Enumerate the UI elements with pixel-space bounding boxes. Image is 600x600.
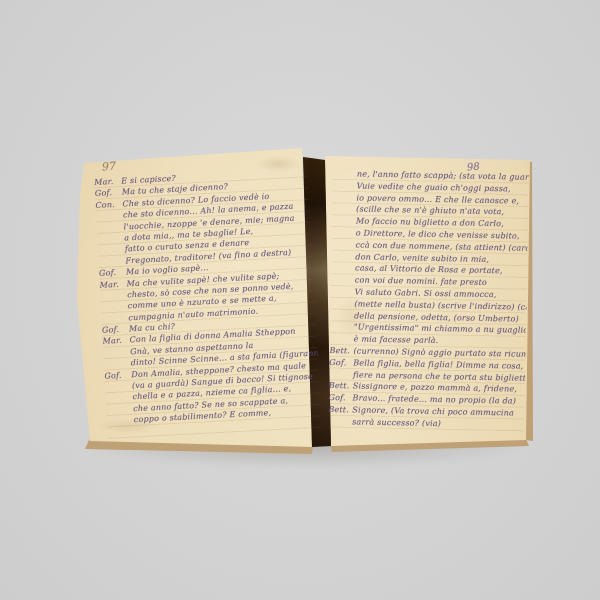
speaker-label <box>331 239 355 251</box>
dialogue-line: sarrà successo? (via) <box>328 416 524 432</box>
speaker-label <box>328 416 352 428</box>
speaker-label <box>331 251 355 263</box>
speaker-label <box>333 168 357 180</box>
photo-background: 97 98 Mar. E si capisce? Gof. Ma tu che … <box>0 0 600 600</box>
speaker-label <box>332 203 356 215</box>
speaker-label <box>333 180 357 192</box>
paper-stain <box>255 156 301 172</box>
page-number-left: 97 <box>102 160 117 174</box>
speaker-label: Gof. <box>328 392 352 404</box>
speaker-label: Bett. <box>329 380 353 392</box>
speaker-label <box>329 369 353 381</box>
speaker-label: Gof. <box>329 357 353 369</box>
speaker-label <box>332 192 356 204</box>
paper-stain <box>96 418 160 434</box>
paper-stain <box>336 295 368 339</box>
speaker-label: Bett. <box>328 404 352 416</box>
speaker-label <box>331 274 355 286</box>
line-text: sarrà successo? (via) <box>352 416 524 431</box>
speaker-label <box>332 215 356 227</box>
page-number-right: 98 <box>467 161 481 173</box>
speaker-label: Bett. <box>329 345 353 357</box>
speaker-label <box>332 227 356 239</box>
speaker-label <box>331 262 355 274</box>
left-page-handwriting: Mar. E si capisce? Gof. Ma tu che staje … <box>94 166 322 441</box>
